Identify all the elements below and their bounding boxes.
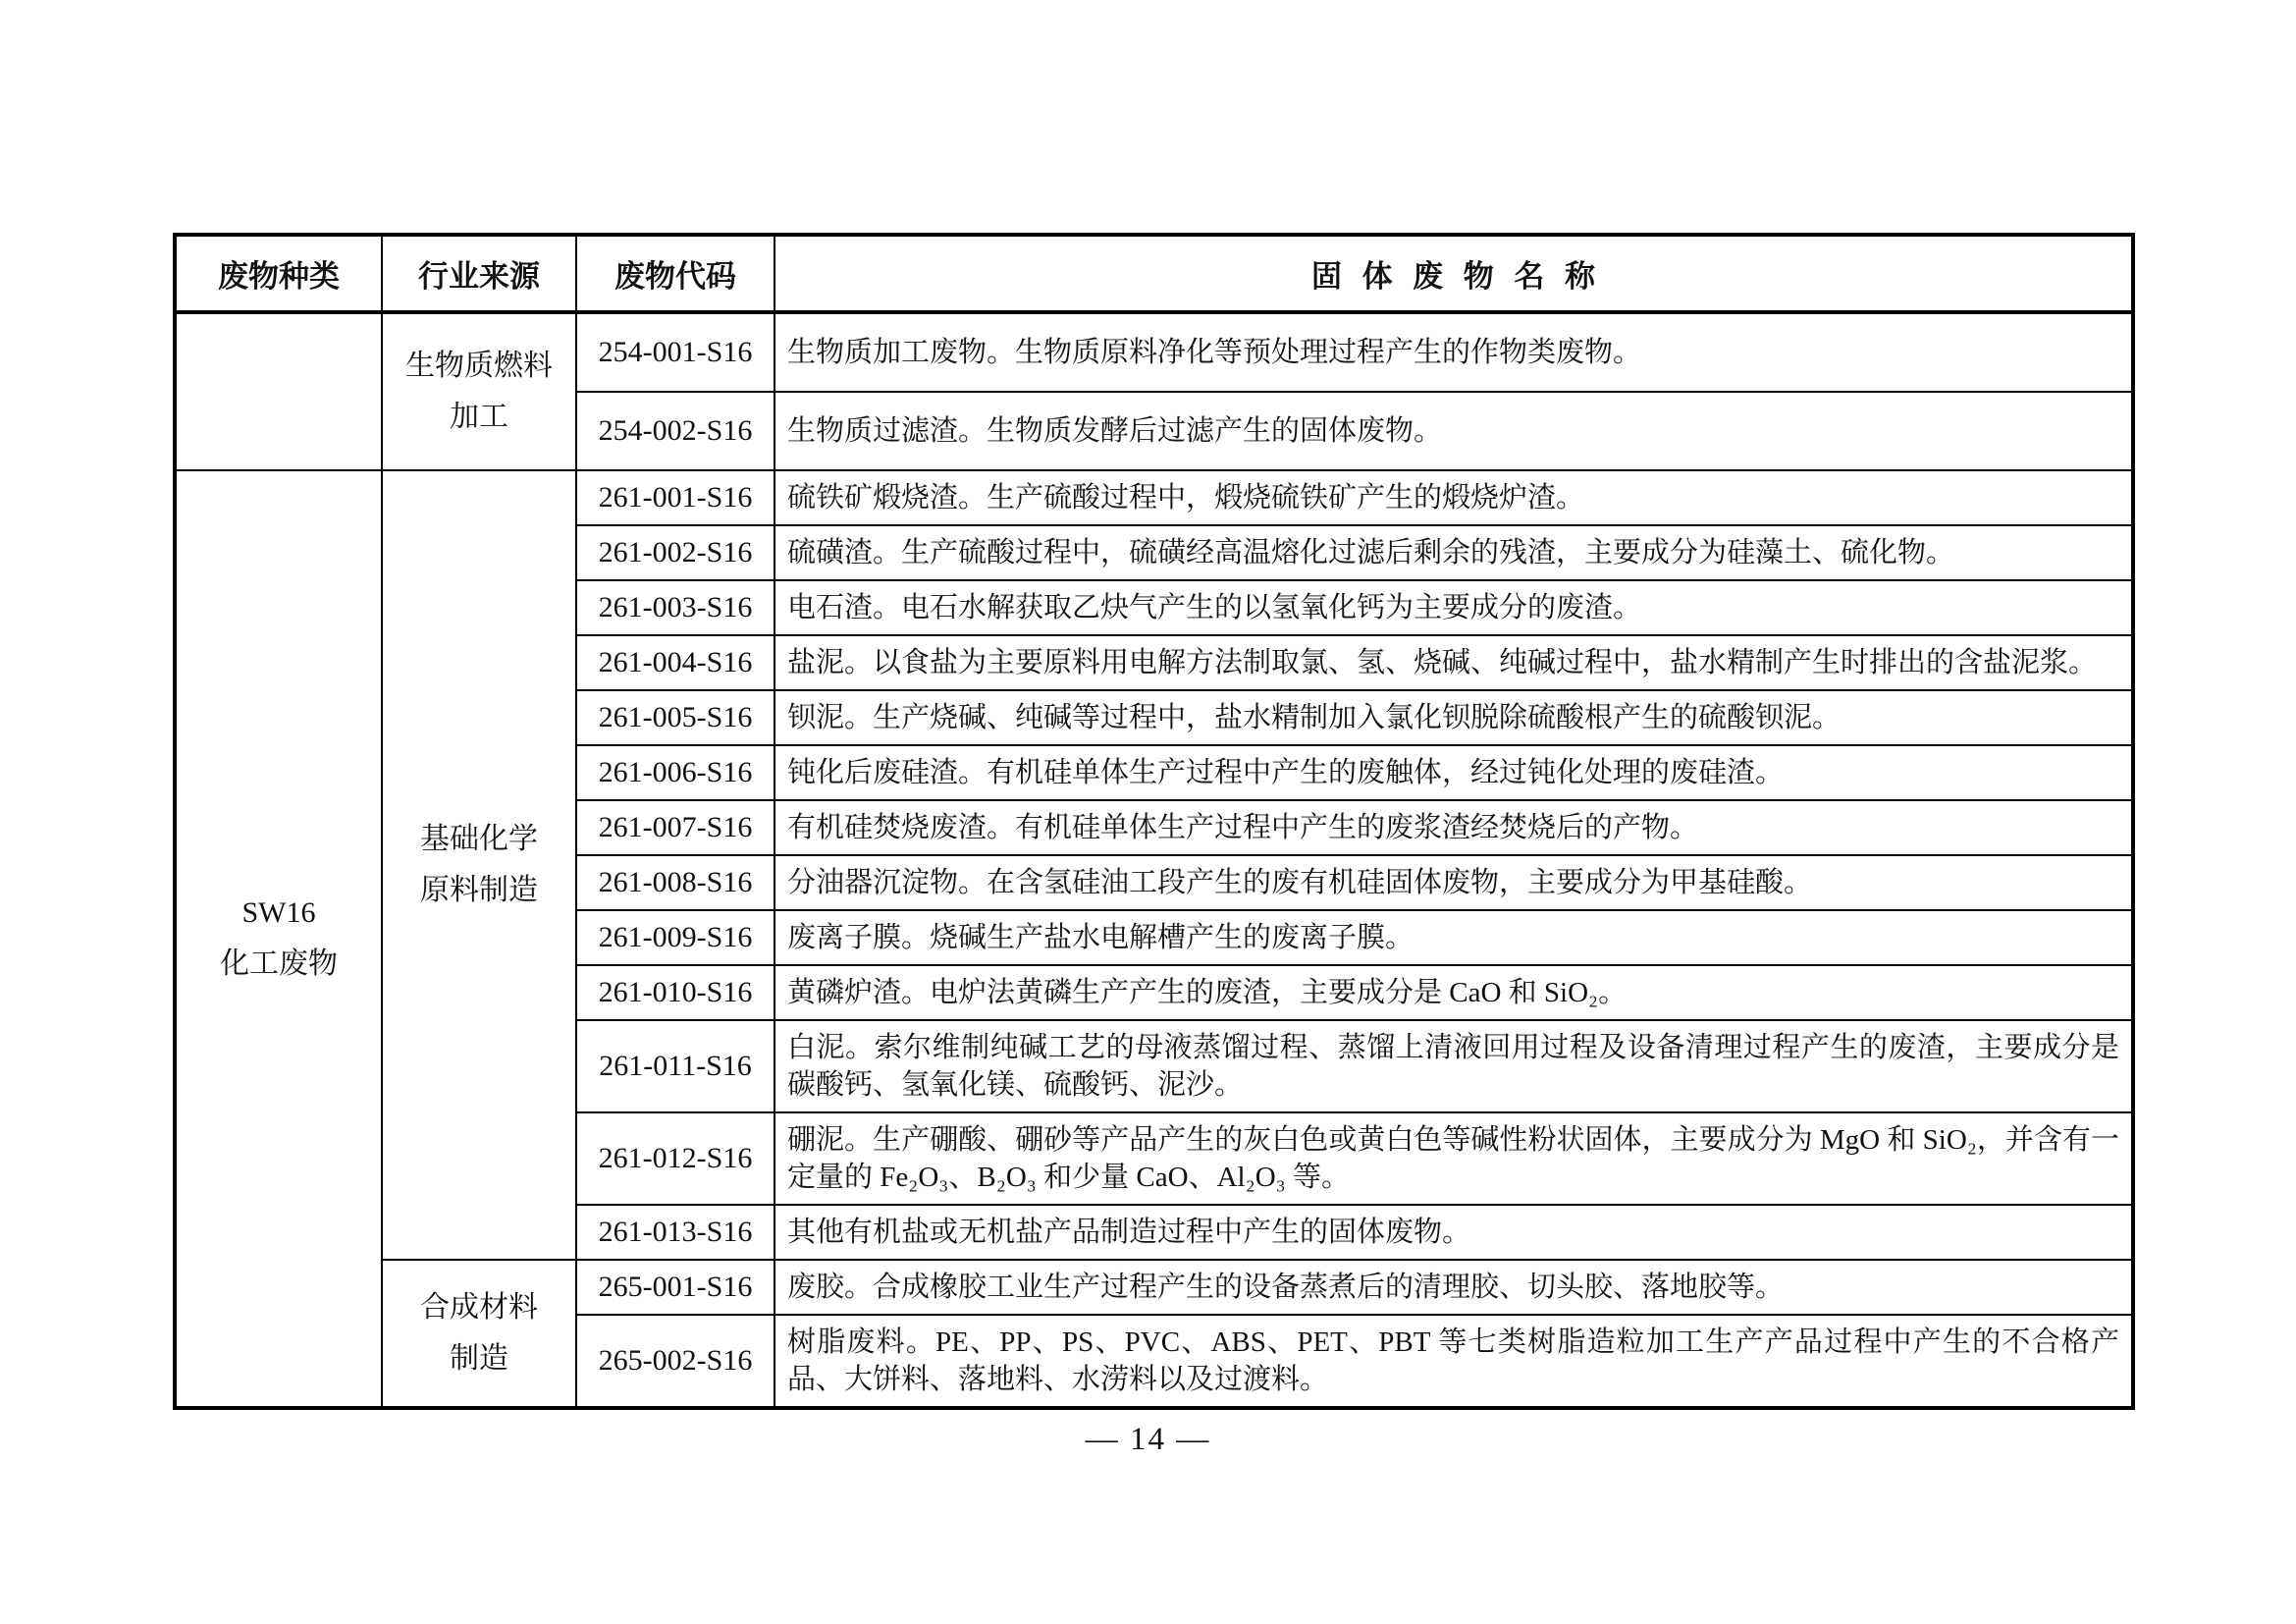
waste-name-cell: 钡泥。生产烧碱、纯碱等过程中，盐水精制加入氯化钡脱除硫酸根产生的硫酸钡泥。 bbox=[774, 690, 2133, 745]
waste-code-cell: 261-001-S16 bbox=[576, 470, 774, 525]
waste-name-cell: 废离子膜。烧碱生产盐水电解槽产生的废离子膜。 bbox=[774, 910, 2133, 965]
column-header-industry-source: 行业来源 bbox=[382, 235, 576, 312]
waste-code-cell: 261-006-S16 bbox=[576, 745, 774, 800]
industry-source-cell: 生物质燃料加工 bbox=[382, 312, 576, 470]
waste-category-cell: SW16化工废物 bbox=[175, 470, 382, 1408]
waste-name-cell: 硼泥。生产硼酸、硼砂等产品产生的灰白色或黄白色等碱性粉状固体，主要成分为 MgO… bbox=[774, 1112, 2133, 1205]
page-number: — 14 — bbox=[0, 1422, 2296, 1458]
waste-code-cell: 261-004-S16 bbox=[576, 635, 774, 690]
waste-name-cell: 钝化后废硅渣。有机硅单体生产过程中产生的废触体，经过钝化处理的废硅渣。 bbox=[774, 745, 2133, 800]
waste-code-cell: 261-003-S16 bbox=[576, 580, 774, 635]
waste-code-cell: 261-013-S16 bbox=[576, 1205, 774, 1260]
waste-name-cell: 盐泥。以食盐为主要原料用电解方法制取氯、氢、烧碱、纯碱过程中，盐水精制产生时排出… bbox=[774, 635, 2133, 690]
column-header-solid-waste-name: 固 体 废 物 名 称 bbox=[774, 235, 2133, 312]
waste-row: 合成材料制造265-001-S16废胶。合成橡胶工业生产过程产生的设备蒸煮后的清… bbox=[175, 1260, 2133, 1315]
waste-code-cell: 254-001-S16 bbox=[576, 312, 774, 392]
waste-name-cell: 分油器沉淀物。在含氢硅油工段产生的废有机硅固体废物，主要成分为甲基硅酸。 bbox=[774, 855, 2133, 910]
waste-category-cell bbox=[175, 312, 382, 470]
waste-row: SW16化工废物基础化学原料制造261-001-S16硫铁矿煅烧渣。生产硫酸过程… bbox=[175, 470, 2133, 525]
waste-name-cell: 生物质过滤渣。生物质发酵后过滤产生的固体废物。 bbox=[774, 392, 2133, 470]
solid-waste-table: 废物种类 行业来源 废物代码 固 体 废 物 名 称 生物质燃料加工254-00… bbox=[173, 233, 2135, 1410]
column-header-waste-category: 废物种类 bbox=[175, 235, 382, 312]
waste-code-cell: 261-010-S16 bbox=[576, 965, 774, 1020]
waste-name-cell: 其他有机盐或无机盐产品制造过程中产生的固体废物。 bbox=[774, 1205, 2133, 1260]
waste-code-cell: 261-002-S16 bbox=[576, 525, 774, 580]
waste-name-cell: 硫磺渣。生产硫酸过程中，硫磺经高温熔化过滤后剩余的残渣，主要成分为硅藻土、硫化物… bbox=[774, 525, 2133, 580]
column-header-waste-code: 废物代码 bbox=[576, 235, 774, 312]
waste-code-cell: 261-008-S16 bbox=[576, 855, 774, 910]
waste-code-cell: 261-007-S16 bbox=[576, 800, 774, 855]
waste-code-cell: 261-009-S16 bbox=[576, 910, 774, 965]
waste-row: 生物质燃料加工254-001-S16生物质加工废物。生物质原料净化等预处理过程产… bbox=[175, 312, 2133, 392]
waste-name-cell: 硫铁矿煅烧渣。生产硫酸过程中，煅烧硫铁矿产生的煅烧炉渣。 bbox=[774, 470, 2133, 525]
waste-name-cell: 白泥。索尔维制纯碱工艺的母液蒸馏过程、蒸馏上清液回用过程及设备清理过程产生的废渣… bbox=[774, 1020, 2133, 1112]
waste-code-cell: 261-011-S16 bbox=[576, 1020, 774, 1112]
waste-code-cell: 261-012-S16 bbox=[576, 1112, 774, 1205]
waste-name-cell: 有机硅焚烧废渣。有机硅单体生产过程中产生的废浆渣经焚烧后的产物。 bbox=[774, 800, 2133, 855]
waste-code-cell: 265-001-S16 bbox=[576, 1260, 774, 1315]
table-header-row: 废物种类 行业来源 废物代码 固 体 废 物 名 称 bbox=[175, 235, 2133, 312]
waste-code-cell: 261-005-S16 bbox=[576, 690, 774, 745]
waste-code-cell: 254-002-S16 bbox=[576, 392, 774, 470]
document-page: 废物种类 行业来源 废物代码 固 体 废 物 名 称 生物质燃料加工254-00… bbox=[0, 0, 2296, 1624]
waste-name-cell: 黄磷炉渣。电炉法黄磷生产产生的废渣，主要成分是 CaO 和 SiO₂。 bbox=[774, 965, 2133, 1020]
industry-source-cell: 合成材料制造 bbox=[382, 1260, 576, 1408]
waste-name-cell: 树脂废料。PE、PP、PS、PVC、ABS、PET、PBT 等七类树脂造粒加工生… bbox=[774, 1315, 2133, 1408]
waste-name-cell: 电石渣。电石水解获取乙炔气产生的以氢氧化钙为主要成分的废渣。 bbox=[774, 580, 2133, 635]
industry-source-cell: 基础化学原料制造 bbox=[382, 470, 576, 1260]
waste-name-cell: 废胶。合成橡胶工业生产过程产生的设备蒸煮后的清理胶、切头胶、落地胶等。 bbox=[774, 1260, 2133, 1315]
waste-name-cell: 生物质加工废物。生物质原料净化等预处理过程产生的作物类废物。 bbox=[774, 312, 2133, 392]
waste-table-body: 生物质燃料加工254-001-S16生物质加工废物。生物质原料净化等预处理过程产… bbox=[175, 312, 2133, 1408]
waste-code-cell: 265-002-S16 bbox=[576, 1315, 774, 1408]
